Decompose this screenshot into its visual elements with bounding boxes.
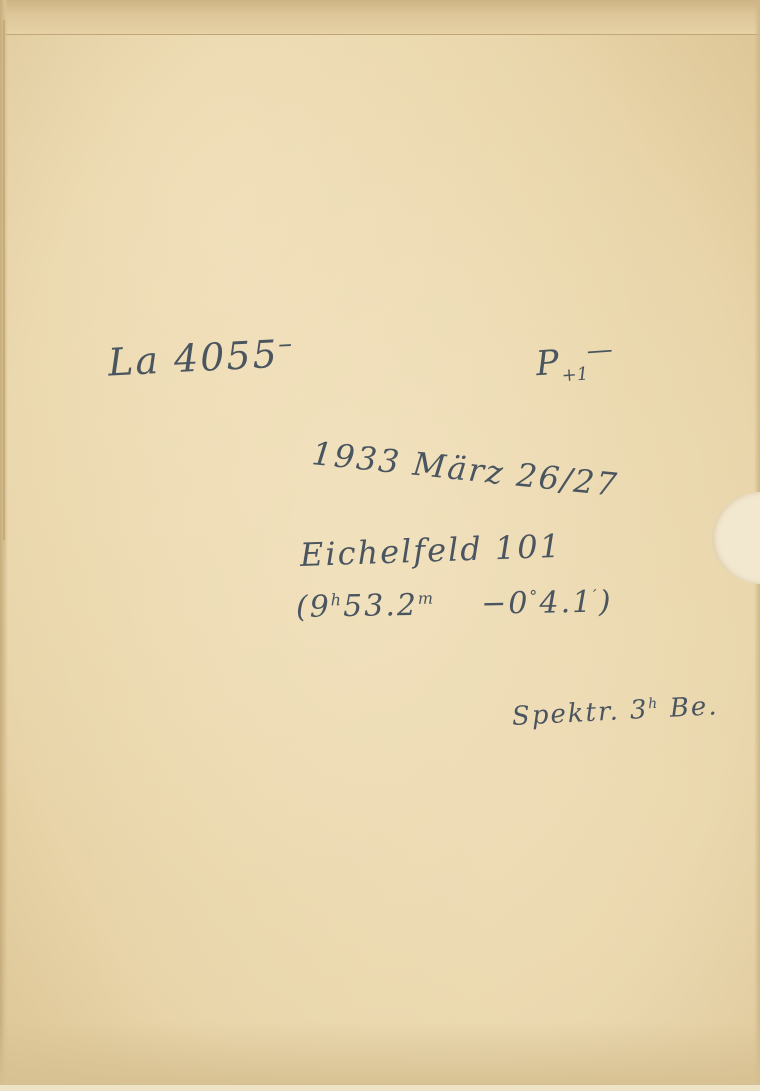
plate-type-subscript: +1 (561, 364, 589, 387)
catalog-id: La 4055– (107, 326, 296, 384)
envelope-bottom-band (0, 1021, 760, 1091)
exposure-text: Spektr. 3 (511, 695, 649, 732)
fold-crease (3, 20, 5, 540)
catalog-id-text: La 4055 (107, 332, 280, 385)
plate-type-letter: P (535, 343, 563, 385)
coords-open-paren: ( (296, 590, 310, 625)
exposure-note: Spektr. 3h Be. (511, 691, 719, 732)
dec-minutes: 4.1 (539, 585, 593, 621)
coords-close-paren: ) (598, 584, 612, 619)
ra-minutes-unit: m (418, 589, 436, 608)
field-coordinates: (9h53.2m −0°4.1′) (296, 584, 613, 625)
envelope-top-flap (0, 0, 760, 35)
plate-type-bar: — (586, 335, 612, 367)
ra-hours-unit: h (331, 590, 344, 609)
exposure-unit: h (648, 696, 660, 713)
ra-hours: 9 (309, 589, 331, 624)
field-name: Eichelfeld 101 (299, 527, 562, 574)
catalog-dash: – (277, 326, 295, 360)
plate-type: P+1— (534, 335, 613, 388)
ra-minutes: 53.2 (343, 588, 418, 624)
thumb-cut-notch (712, 492, 760, 584)
dec-degrees: −0 (481, 586, 530, 622)
plate-envelope: La 4055– P+1— 1933 März 26/27 Eichelfeld… (0, 0, 760, 1091)
observation-date: 1933 März 26/27 (310, 434, 620, 504)
envelope-bottom-edge (0, 1084, 760, 1091)
exposure-suffix: Be. (659, 691, 720, 724)
